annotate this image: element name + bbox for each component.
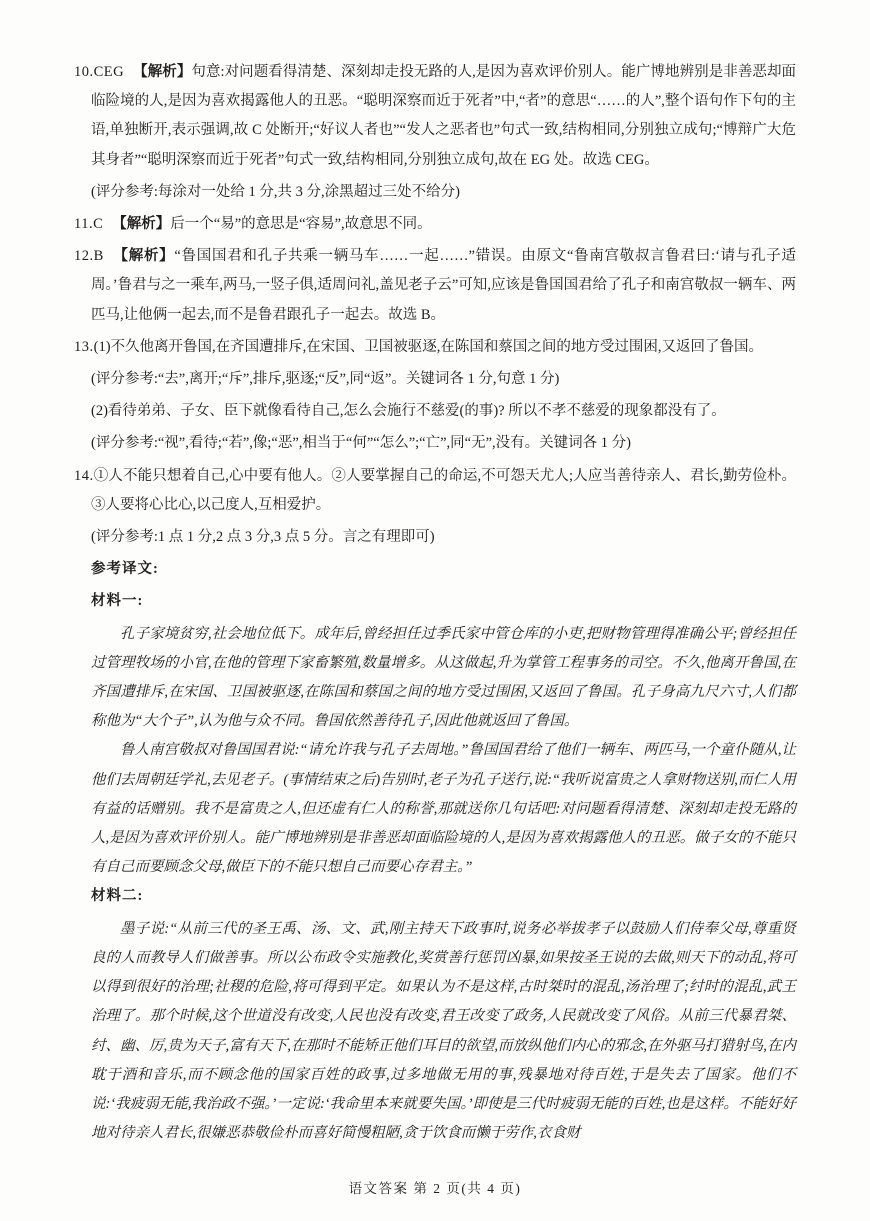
question-14-scoring-note: (评分参考:1 点 1 分,2 点 3 分,3 点 5 分。言之有理即可) <box>91 523 796 552</box>
question-10-answer: 10.CEG【解析】句意:对问题看得清楚、深刻却走投无路的人,是因为喜欢评价别人… <box>74 58 796 175</box>
question-12-analysis-text: “鲁国国君和孔子共乘一辆马车……一起……”错误。由原文“鲁南宫敬叔言鲁君曰:‘请… <box>91 248 796 322</box>
reference-translation-heading: 参考译文: <box>91 555 796 584</box>
analysis-tag: 【解析】 <box>113 248 175 264</box>
analysis-tag: 【解析】 <box>112 216 170 232</box>
material-2-label: 材料二: <box>91 882 796 911</box>
question-13-part1-answer: 13.(1)不久他离开鲁国,在齐国遭排斥,在宋国、卫国被驱逐,在陈国和蔡国之间的… <box>74 333 796 362</box>
question-13-part1-text: (1)不久他离开鲁国,在齐国遭排斥,在宋国、卫国被驱逐,在陈国和蔡国之间的地方受… <box>94 339 763 355</box>
question-10-number: 10.CEG <box>74 64 124 80</box>
exam-answer-page: 10.CEG【解析】句意:对问题看得清楚、深刻却走投无路的人,是因为喜欢评价别人… <box>0 0 870 1221</box>
material-1-paragraph-2: 鲁人南宫敬叔对鲁国国君说:“请允许我与孔子去周地。”鲁国国君给了他们一辆车、两匹… <box>91 736 796 882</box>
question-14-number: 14. <box>74 468 94 484</box>
question-12-number: 12.B <box>74 248 104 264</box>
question-13-part1-scoring-note: (评分参考:“去”,离开;“斥”,排斥,驱逐;“反”,同“返”。关键词各 1 分… <box>91 365 796 394</box>
question-13-part2-scoring-note: (评分参考:“视”,看待;“若”,像;“恶”,相当于“何”“怎么”;“亡”,同“… <box>91 429 796 458</box>
analysis-tag: 【解析】 <box>133 64 191 80</box>
material-1-paragraph-1: 孔子家境贫穷,社会地位低下。成年后,曾经担任过季氏家中管仓库的小吏,把财物管理得… <box>91 620 796 737</box>
material-2-paragraph-1: 墨子说:“从前三代的圣王禹、汤、文、武,刚主持天下政事时,说务必举拔孝子以鼓励人… <box>91 915 796 1149</box>
question-11-analysis-text: 后一个“易”的意思是“容易”,故意思不同。 <box>170 216 431 232</box>
question-11-number: 11.C <box>74 216 103 232</box>
question-14-text: ①人不能只想着自己,心中要有他人。②人要掌握自己的命运,不可怨天尤人;人应当善待… <box>91 468 796 513</box>
question-12-answer: 12.B【解析】“鲁国国君和孔子共乘一辆马车……一起……”错误。由原文“鲁南宫敬… <box>74 242 796 330</box>
question-14-answer: 14.①人不能只想着自己,心中要有他人。②人要掌握自己的命运,不可怨天尤人;人应… <box>74 462 796 520</box>
question-13-part2-answer: (2)看待弟弟、子女、臣下就像看待自己,怎么会施行不慈爱(的事)? 所以不孝不慈… <box>91 397 796 426</box>
page-footer: 语文答案 第 2 页(共 4 页) <box>0 1177 870 1197</box>
question-10-analysis-text: 句意:对问题看得清楚、深刻却走投无路的人,是因为喜欢评价别人。能广博地辨别是非善… <box>91 64 796 168</box>
answer-content: 10.CEG【解析】句意:对问题看得清楚、深刻却走投无路的人,是因为喜欢评价别人… <box>74 58 796 1148</box>
question-10-scoring-note: (评分参考:每涂对一处给 1 分,共 3 分,涂黑超过三处不给分) <box>91 178 796 207</box>
question-13-number: 13. <box>74 339 94 355</box>
question-11-answer: 11.C【解析】后一个“易”的意思是“容易”,故意思不同。 <box>74 210 796 239</box>
material-1-label: 材料一: <box>91 587 796 616</box>
